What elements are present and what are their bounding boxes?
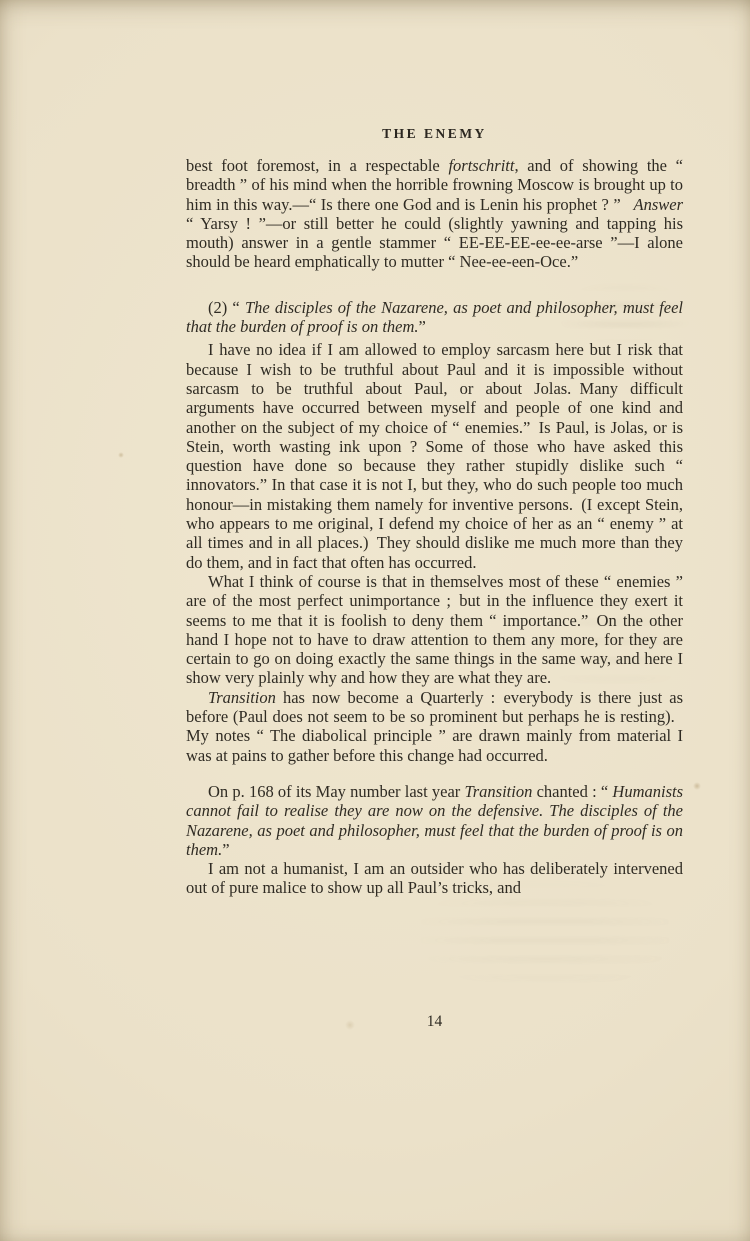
text-segment: I have no idea if I am allowed to employ… xyxy=(186,340,683,571)
text-segment: chanted : “ xyxy=(532,782,612,801)
italic-text-segment: Transition xyxy=(208,688,276,707)
paragraph: What I think of course is that in themse… xyxy=(186,572,683,688)
section-heading: (2) “ The disciples of the Nazarene, as … xyxy=(186,298,683,337)
text-segment: ” xyxy=(419,317,426,336)
text-segment: ” xyxy=(222,840,229,859)
paragraph-quote: On p. 168 of its May number last year Tr… xyxy=(186,782,683,859)
italic-text-segment: fortschritt xyxy=(448,156,514,175)
paragraph: I have no idea if I am allowed to employ… xyxy=(186,340,683,572)
page-number: 14 xyxy=(186,1013,683,1031)
italic-text-segment: Transition xyxy=(464,782,532,801)
text-segment: (2) “ xyxy=(208,298,245,317)
text-segment: “ Yarsy ! ”—or still better he could (sl… xyxy=(186,214,683,272)
paragraph: I am not a humanist, I am an outsider wh… xyxy=(186,859,683,898)
text-segment: On p. 168 of its May number last year xyxy=(208,782,464,801)
paragraph-continuation: best foot foremost, in a respectable for… xyxy=(186,156,683,272)
italic-text-segment: The disciples of the Nazarene, as poet a… xyxy=(186,298,683,336)
text-segment: What I think of course is that in themse… xyxy=(186,572,683,687)
italic-text-segment: Answer xyxy=(634,195,684,214)
text-segment: best foot foremost, in a respectable xyxy=(186,156,448,175)
book-page: THE ENEMY best foot foremost, in a respe… xyxy=(0,0,750,1241)
running-header: THE ENEMY xyxy=(186,126,683,142)
foxing-speck xyxy=(693,782,701,790)
foxing-speck xyxy=(118,452,124,458)
page-body: best foot foremost, in a respectable for… xyxy=(186,156,683,898)
paragraph: Transition has now become a Quarterly : … xyxy=(186,688,683,765)
text-segment: I am not a humanist, I am an outsider wh… xyxy=(186,859,683,897)
